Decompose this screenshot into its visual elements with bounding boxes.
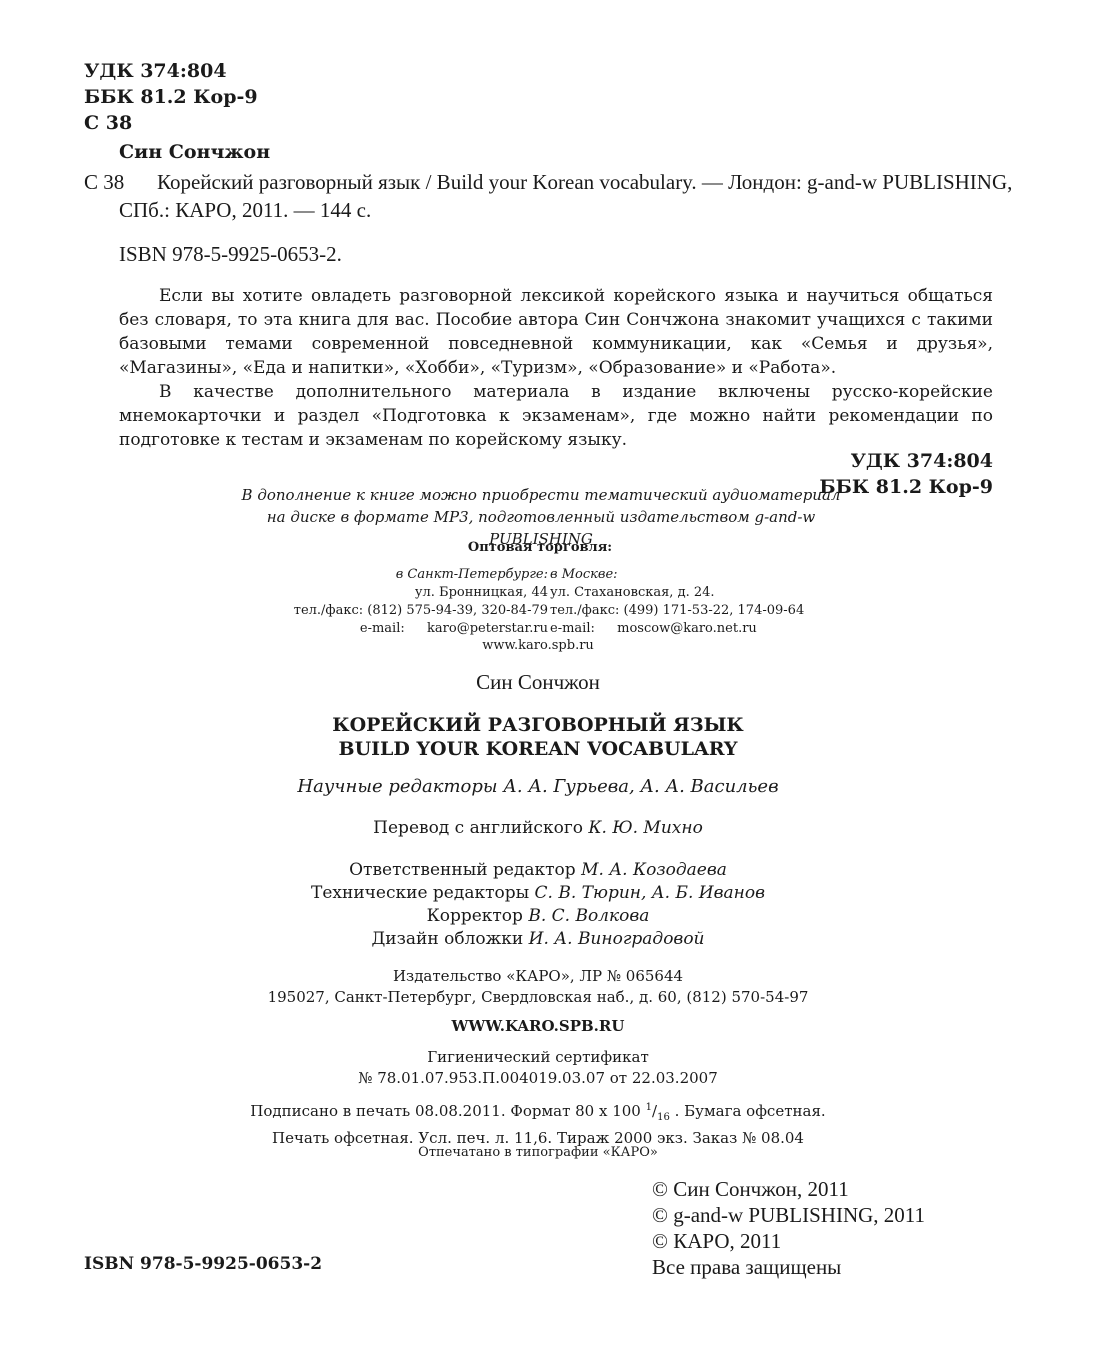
credit-name: С. В. Тюрин, А. Б. Иванов: [535, 883, 765, 903]
print-info: Подписано в печать 08.08.2011. Формат 80…: [0, 1097, 1076, 1149]
contact-phone: тел./факс: (499) 171-53-22, 174-09-64: [550, 602, 804, 620]
cert-title: Гигиенический сертификат: [0, 1047, 1076, 1068]
website-link[interactable]: www.karo.spb.ru: [0, 638, 1076, 653]
contact-address: ул. Стахановская, д. 24.: [550, 584, 804, 602]
catalog-author: Син Сончжон: [119, 141, 270, 163]
book-author: Син Сончжон: [0, 670, 1076, 695]
translation-label: Перевод с английского: [373, 818, 583, 838]
udk-code: УДК 374:804: [84, 58, 227, 84]
publisher-website[interactable]: WWW.KARO.SPB.RU: [0, 1017, 1076, 1035]
contact-city: в Санкт-Петербурге:: [294, 566, 548, 584]
print-info-line: Подписано в печать 08.08.2011. Формат 80…: [0, 1097, 1076, 1128]
contact-city: в Москве:: [550, 566, 804, 584]
copyright-block: © Син Сончжон, 2011 © g-and-w PUBLISHING…: [652, 1176, 925, 1280]
publisher-info: Издательство «КАРО», ЛР № 065644 195027,…: [0, 966, 1076, 1008]
credits: Ответственный редактор М. А. Козодаева Т…: [0, 859, 1076, 951]
cert-number: № 78.01.07.953.П.004019.03.07 от 22.03.2…: [0, 1068, 1076, 1089]
credit-name: М. А. Козодаева: [581, 860, 727, 880]
translation-credit: Перевод с английского К. Ю. Михно: [0, 818, 1076, 838]
publisher-line: Издательство «КАРО», ЛР № 065644: [0, 966, 1076, 987]
paper-type: . Бумага офсетная.: [675, 1102, 826, 1120]
translator-name: К. Ю. Михно: [588, 818, 702, 838]
rights-reserved: Все права защищены: [652, 1254, 925, 1280]
contact-address: ул. Бронницкая, 44: [294, 584, 548, 602]
credit-role: Дизайн обложки: [371, 929, 523, 949]
contact-phone: тел./факс: (812) 575-94-39, 320-84-79: [294, 602, 548, 620]
email-label: e-mail:: [550, 621, 595, 636]
contact-email-row: e-mail: karo@peterstar.ru: [294, 620, 548, 638]
copyright-line: © Син Сончжон, 2011: [652, 1176, 925, 1202]
credit-name: В. С. Волкова: [528, 906, 649, 926]
contact-spb: в Санкт-Петербурге: ул. Бронницкая, 44 т…: [294, 566, 548, 638]
credit-row: Корректор В. С. Волкова: [0, 905, 1076, 928]
udk-code-right: УДК 374:804: [850, 448, 993, 474]
abstract-paragraph: В качестве дополнительного материала в и…: [119, 380, 993, 452]
credit-role: Корректор: [427, 906, 523, 926]
format-fraction: 1/16: [646, 1102, 670, 1120]
author-cipher: С 38: [84, 110, 132, 136]
copyright-line: © g-and-w PUBLISHING, 2011: [652, 1202, 925, 1228]
printed-at: Отпечатано в типографии «КАРО»: [0, 1145, 1076, 1160]
abstract-paragraph: Если вы хотите овладеть разговорной лекс…: [119, 284, 993, 380]
copyright-line: © КАРО, 2011: [652, 1228, 925, 1254]
credit-row: Технические редакторы С. В. Тюрин, А. Б.…: [0, 882, 1076, 905]
bibliographic-line-1: Корейский разговорный язык / Build your …: [157, 168, 1012, 196]
credit-role: Ответственный редактор: [349, 860, 576, 880]
contact-email-row: e-mail: moscow@karo.net.ru: [550, 620, 804, 638]
credit-row: Ответственный редактор М. А. Козодаева: [0, 859, 1076, 882]
scientific-editors: Научные редакторы А. А. Гурьева, А. А. В…: [0, 776, 1076, 797]
print-format: Подписано в печать 08.08.2011. Формат 80…: [250, 1102, 641, 1120]
book-title-ru: КОРЕЙСКИЙ РАЗГОВОРНЫЙ ЯЗЫК: [0, 713, 1076, 737]
contact-email[interactable]: karo@peterstar.ru: [427, 621, 548, 636]
catalog-cipher: С 38: [84, 168, 124, 196]
book-title-en: BUILD YOUR KOREAN VOCABULARY: [0, 737, 1076, 761]
wholesale-title: Оптовая торговля:: [0, 540, 1080, 555]
bibliographic-line-2: СПб.: КАРО, 2011. — 144 с.: [119, 196, 371, 224]
credit-name: И. А. Виноградовой: [529, 929, 705, 949]
contact-email[interactable]: moscow@karo.net.ru: [617, 621, 757, 636]
fraction-numerator: 1: [646, 1102, 652, 1113]
fraction-denominator: 16: [657, 1112, 670, 1123]
email-label: e-mail:: [360, 621, 405, 636]
abstract: Если вы хотите овладеть разговорной лекс…: [119, 284, 993, 452]
bbk-code: ББК 81.2 Кор-9: [84, 84, 258, 110]
hygiene-certificate: Гигиенический сертификат № 78.01.07.953.…: [0, 1047, 1076, 1089]
isbn-bottom: ISBN 978-5-9925-0653-2: [84, 1254, 322, 1274]
catalog-isbn: ISBN 978-5-9925-0653-2.: [119, 240, 342, 268]
credit-row: Дизайн обложки И. А. Виноградовой: [0, 928, 1076, 951]
audio-note-line: В дополнение к книге можно приобрести те…: [236, 484, 846, 506]
contact-moscow: в Москве: ул. Стахановская, д. 24. тел./…: [550, 566, 804, 638]
credit-role: Технические редакторы: [311, 883, 529, 903]
publisher-address: 195027, Санкт-Петербург, Свердловская на…: [0, 987, 1076, 1008]
